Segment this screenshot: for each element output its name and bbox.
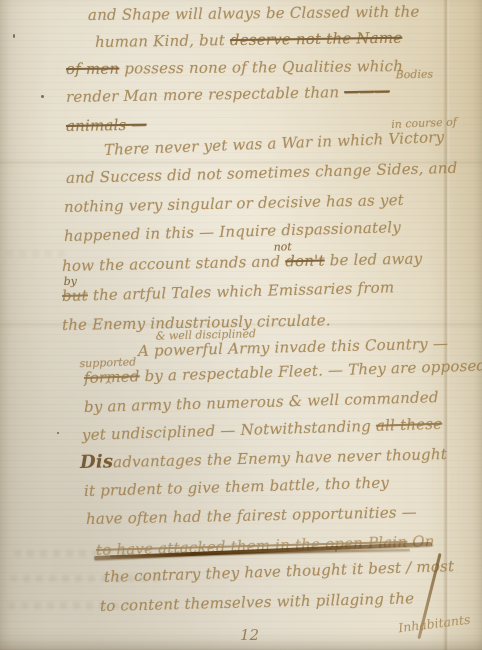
line-text: nothing very singular or decisive has as… (64, 191, 404, 216)
struck-text: ——— (344, 82, 390, 101)
manuscript-line: animals — (66, 116, 147, 135)
struck-text: don't (285, 251, 325, 270)
line-text: There never yet was a War in which Victo… (104, 128, 445, 159)
inserted-word: by (63, 275, 77, 288)
line-text: human Kind, but (95, 31, 230, 51)
bleedthrough-mark (6, 250, 66, 257)
manuscript-line: not how the account stands and don't be … (62, 249, 423, 275)
struck-text: deserve not the Name (230, 29, 403, 49)
struck-text: to have attacked them in the open Plain (96, 533, 408, 559)
line-text: by a respectable Fleet. — They are oppos… (139, 356, 482, 385)
manuscript-line: it prudent to give them battle, tho they (84, 473, 390, 500)
ink-speck (41, 95, 44, 98)
manuscript-line: by but the artful Tales which Emissaries… (62, 278, 395, 305)
struck-text: all these (376, 415, 443, 435)
line-text: the artful Tales which Emissaries from (88, 278, 395, 304)
manuscript-line: and Shape will always be Classed with th… (88, 3, 420, 24)
manuscript-line: Bodies render Man more respectable than … (66, 82, 390, 106)
line-text: happened in this — Inquire dispassionate… (64, 218, 401, 245)
line-text: have often had the fairest opportunities… (86, 503, 417, 528)
manuscript-line: yet undisciplined — Notwithstanding all … (82, 415, 443, 444)
inserted-word: in course of (391, 115, 457, 131)
manuscript-line: of men possess none of the Qualities whi… (66, 57, 403, 78)
inserted-word: Bodies (396, 68, 434, 82)
manuscript-line: supported ^ formed by a respectable Flee… (84, 356, 482, 387)
inserted-word: not (274, 240, 292, 253)
manuscript-line: Disadvantages the Enemy have never thoug… (80, 443, 447, 473)
line-text: and Shape will always be Classed with th… (88, 3, 420, 24)
manuscript-line: to have attacked them in the open Plain … (96, 532, 435, 559)
manuscript-line: and Success did not sometimes change Sid… (66, 159, 458, 187)
line-text-bold: Dis (80, 451, 114, 473)
manuscript-line: in course of There never yet was a War i… (104, 128, 445, 159)
manuscript-line: happened in this — Inquire dispassionate… (64, 218, 401, 245)
inserted-word: & well disciplined (155, 327, 256, 342)
page-number: 12 (240, 626, 259, 644)
line-text: yet undisciplined — Notwithstanding (82, 417, 377, 444)
ink-speck (13, 34, 15, 38)
manuscript-line: to content themselves with pillaging the (100, 589, 415, 615)
struck-text: animals — (66, 116, 147, 135)
struck-text: but (62, 286, 88, 305)
manuscript-line: by an army tho numerous & well commanded (84, 388, 439, 416)
manuscript-line: the contrary they have thought it best /… (104, 557, 455, 586)
line-text: by an army tho numerous & well commanded (84, 388, 439, 416)
manuscript-line: nothing very singular or decisive has as… (64, 191, 404, 216)
manuscript-line: have often had the fairest opportunities… (86, 503, 417, 528)
vertical-fold-crease (443, 0, 450, 650)
ink-speck (57, 432, 59, 434)
line-text: and Success did not sometimes change Sid… (66, 159, 458, 187)
line-text: possess none of the Qualities which (119, 57, 403, 77)
line-text: On (407, 532, 435, 551)
manuscript-line: human Kind, but deserve not the Name (95, 29, 403, 51)
struck-text: of men (66, 60, 119, 78)
inserted-word: supported (79, 355, 136, 370)
line-text: the contrary they have thought it best /… (104, 557, 455, 586)
line-text: be led away (325, 249, 423, 269)
line-text: it prudent to give them battle, tho they (84, 473, 390, 500)
line-text: render Man more respectable than (66, 83, 345, 106)
line-text: advantages the Enemy have never thought (113, 445, 447, 471)
manuscript-page: and Shape will always be Classed with th… (0, 0, 482, 650)
caret-mark: ^ (104, 380, 113, 391)
catchword: Inhabitants (397, 612, 471, 636)
line-text: to content themselves with pillaging the (100, 589, 415, 615)
manuscript-line: & well disciplined A powerful Army invad… (138, 334, 448, 360)
line-text: how the account stands and (62, 252, 286, 275)
